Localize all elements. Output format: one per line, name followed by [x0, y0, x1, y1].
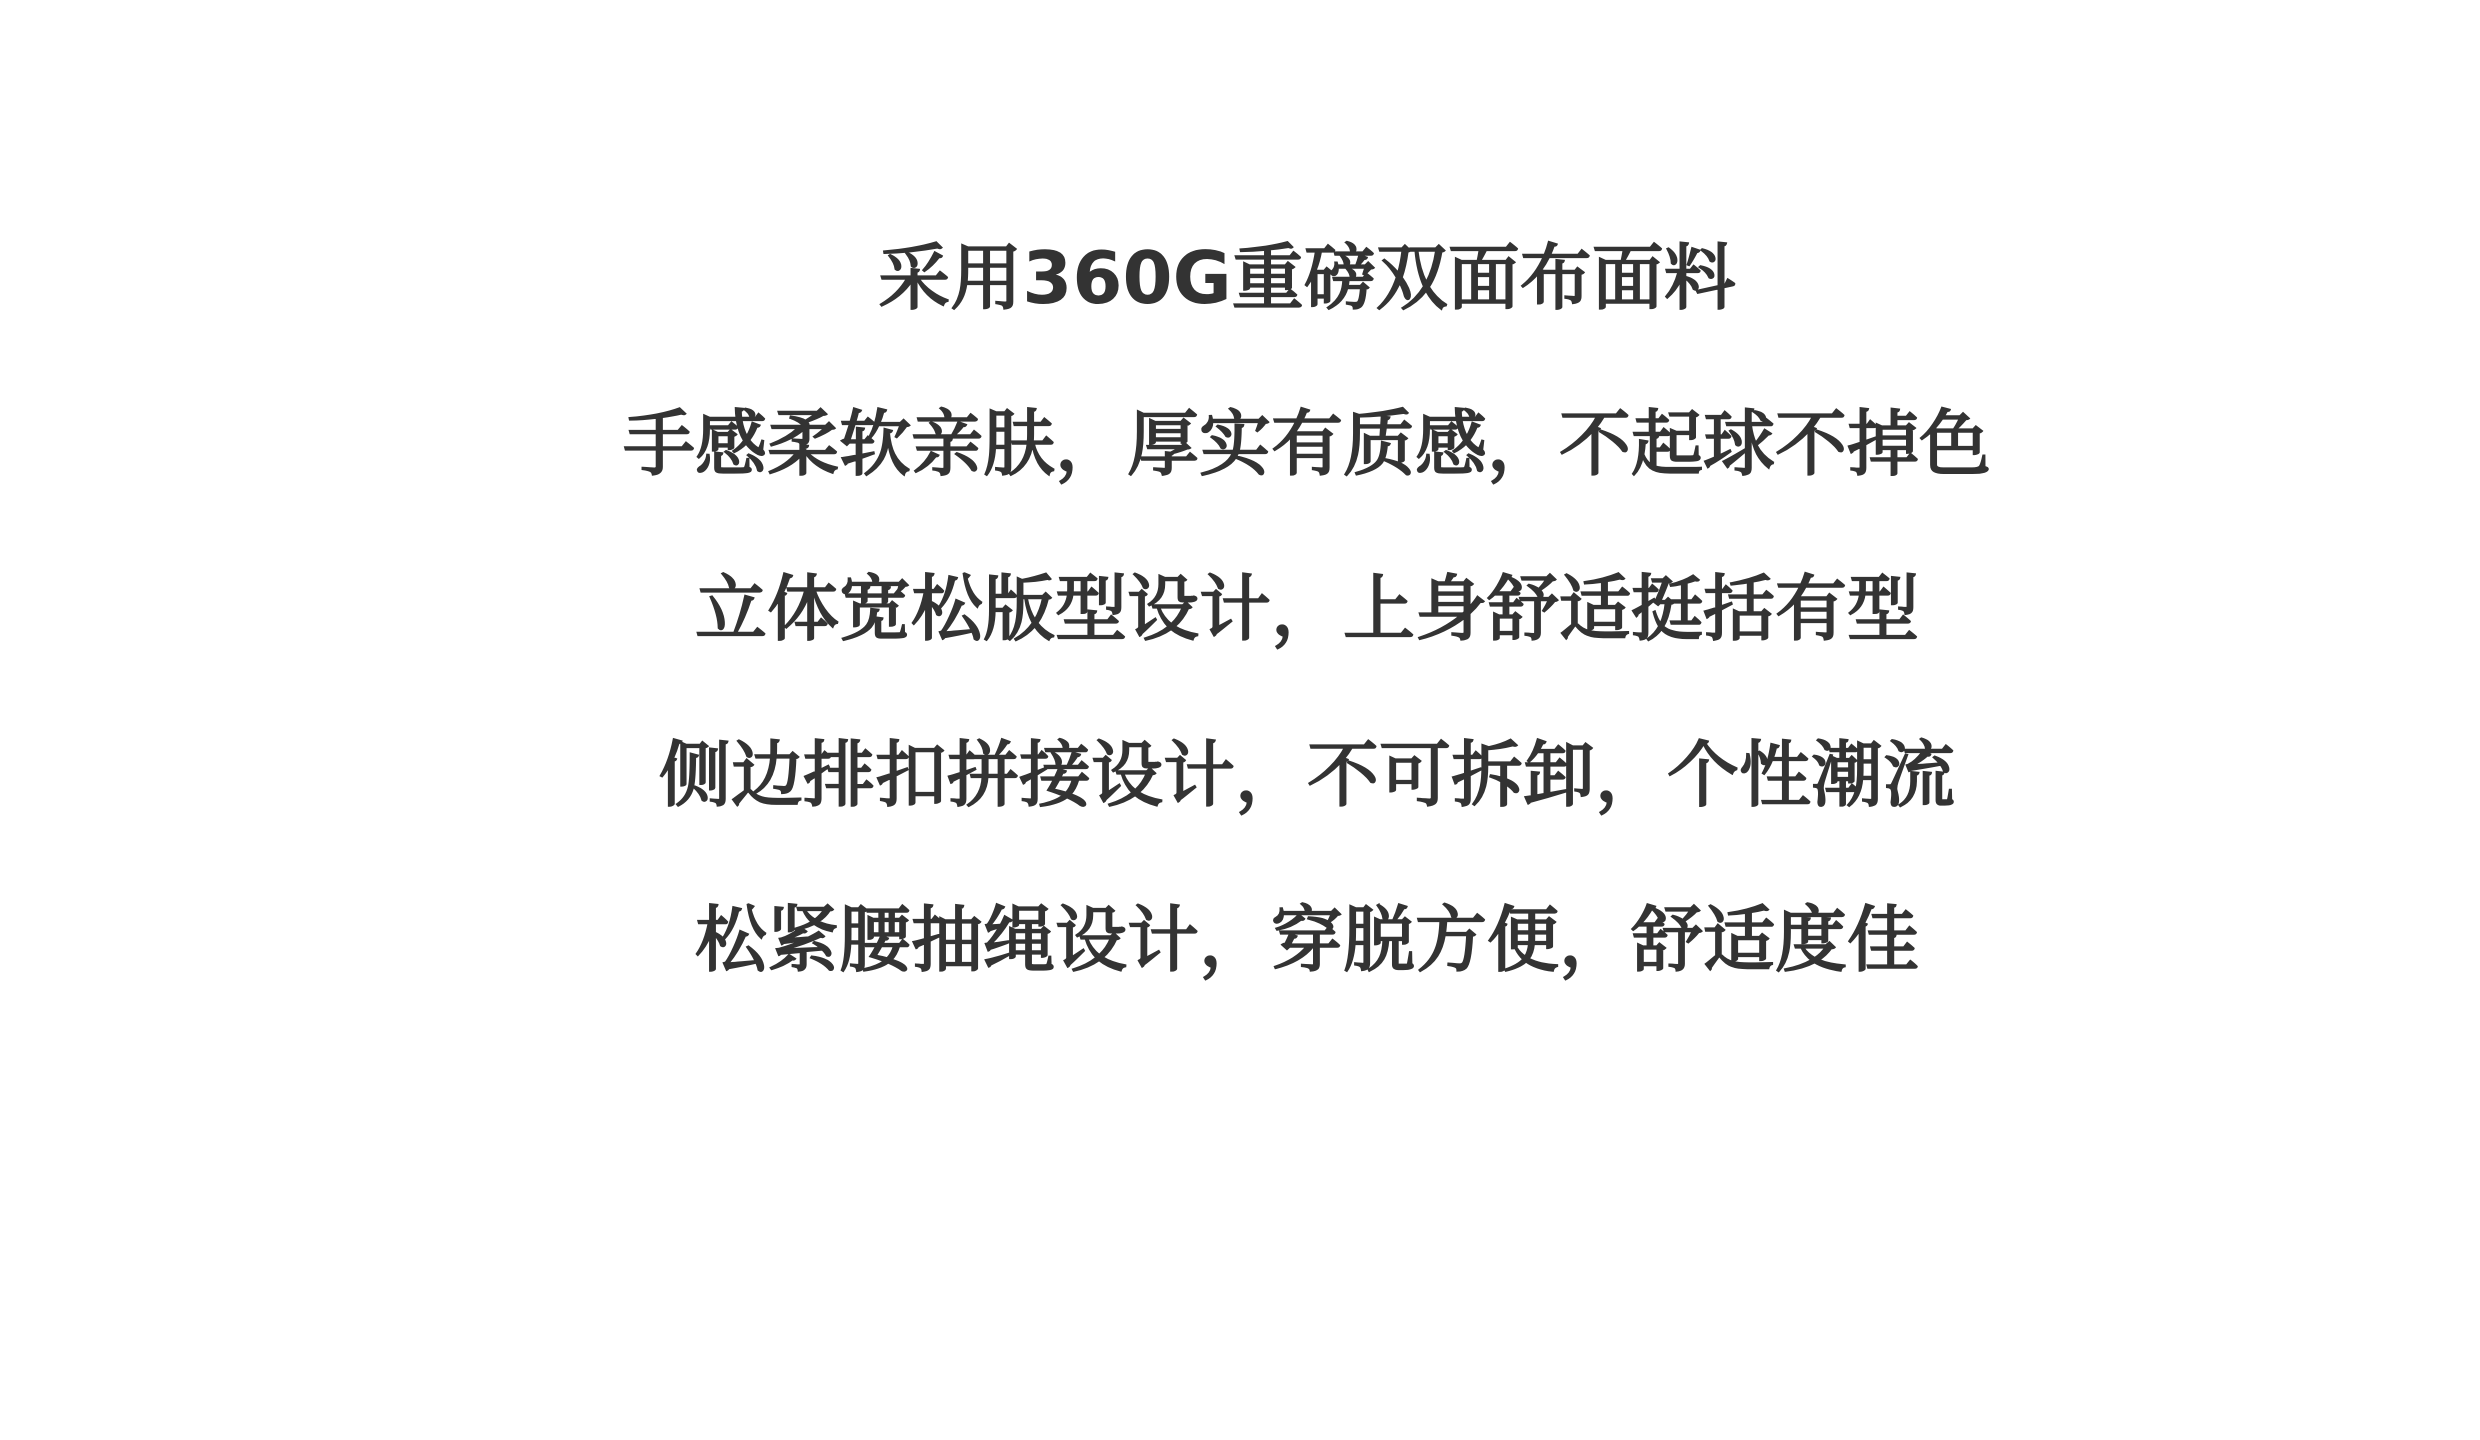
feature-drawstring-waist: 松紧腰抽绳设计，穿脱方便，舒适度佳 — [134, 895, 2480, 985]
feature-list: 采用360G重磅双面布面料 手感柔软亲肤，厚实有质感，不起球不掉色 立体宽松版型… — [134, 0, 2480, 1440]
product-detail-canvas: 采用360G重磅双面布面料 手感柔软亲肤，厚实有质感，不起球不掉色 立体宽松版型… — [0, 0, 2480, 1440]
feature-side-buttons: 侧边排扣拼接设计，不可拆卸，个性潮流 — [134, 730, 2480, 820]
feature-fit: 立体宽松版型设计，上身舒适挺括有型 — [134, 564, 2480, 654]
feature-hand-feel: 手感柔软亲肤，厚实有质感，不起球不掉色 — [134, 399, 2480, 489]
feature-fabric: 采用360G重磅双面布面料 — [134, 233, 2480, 323]
